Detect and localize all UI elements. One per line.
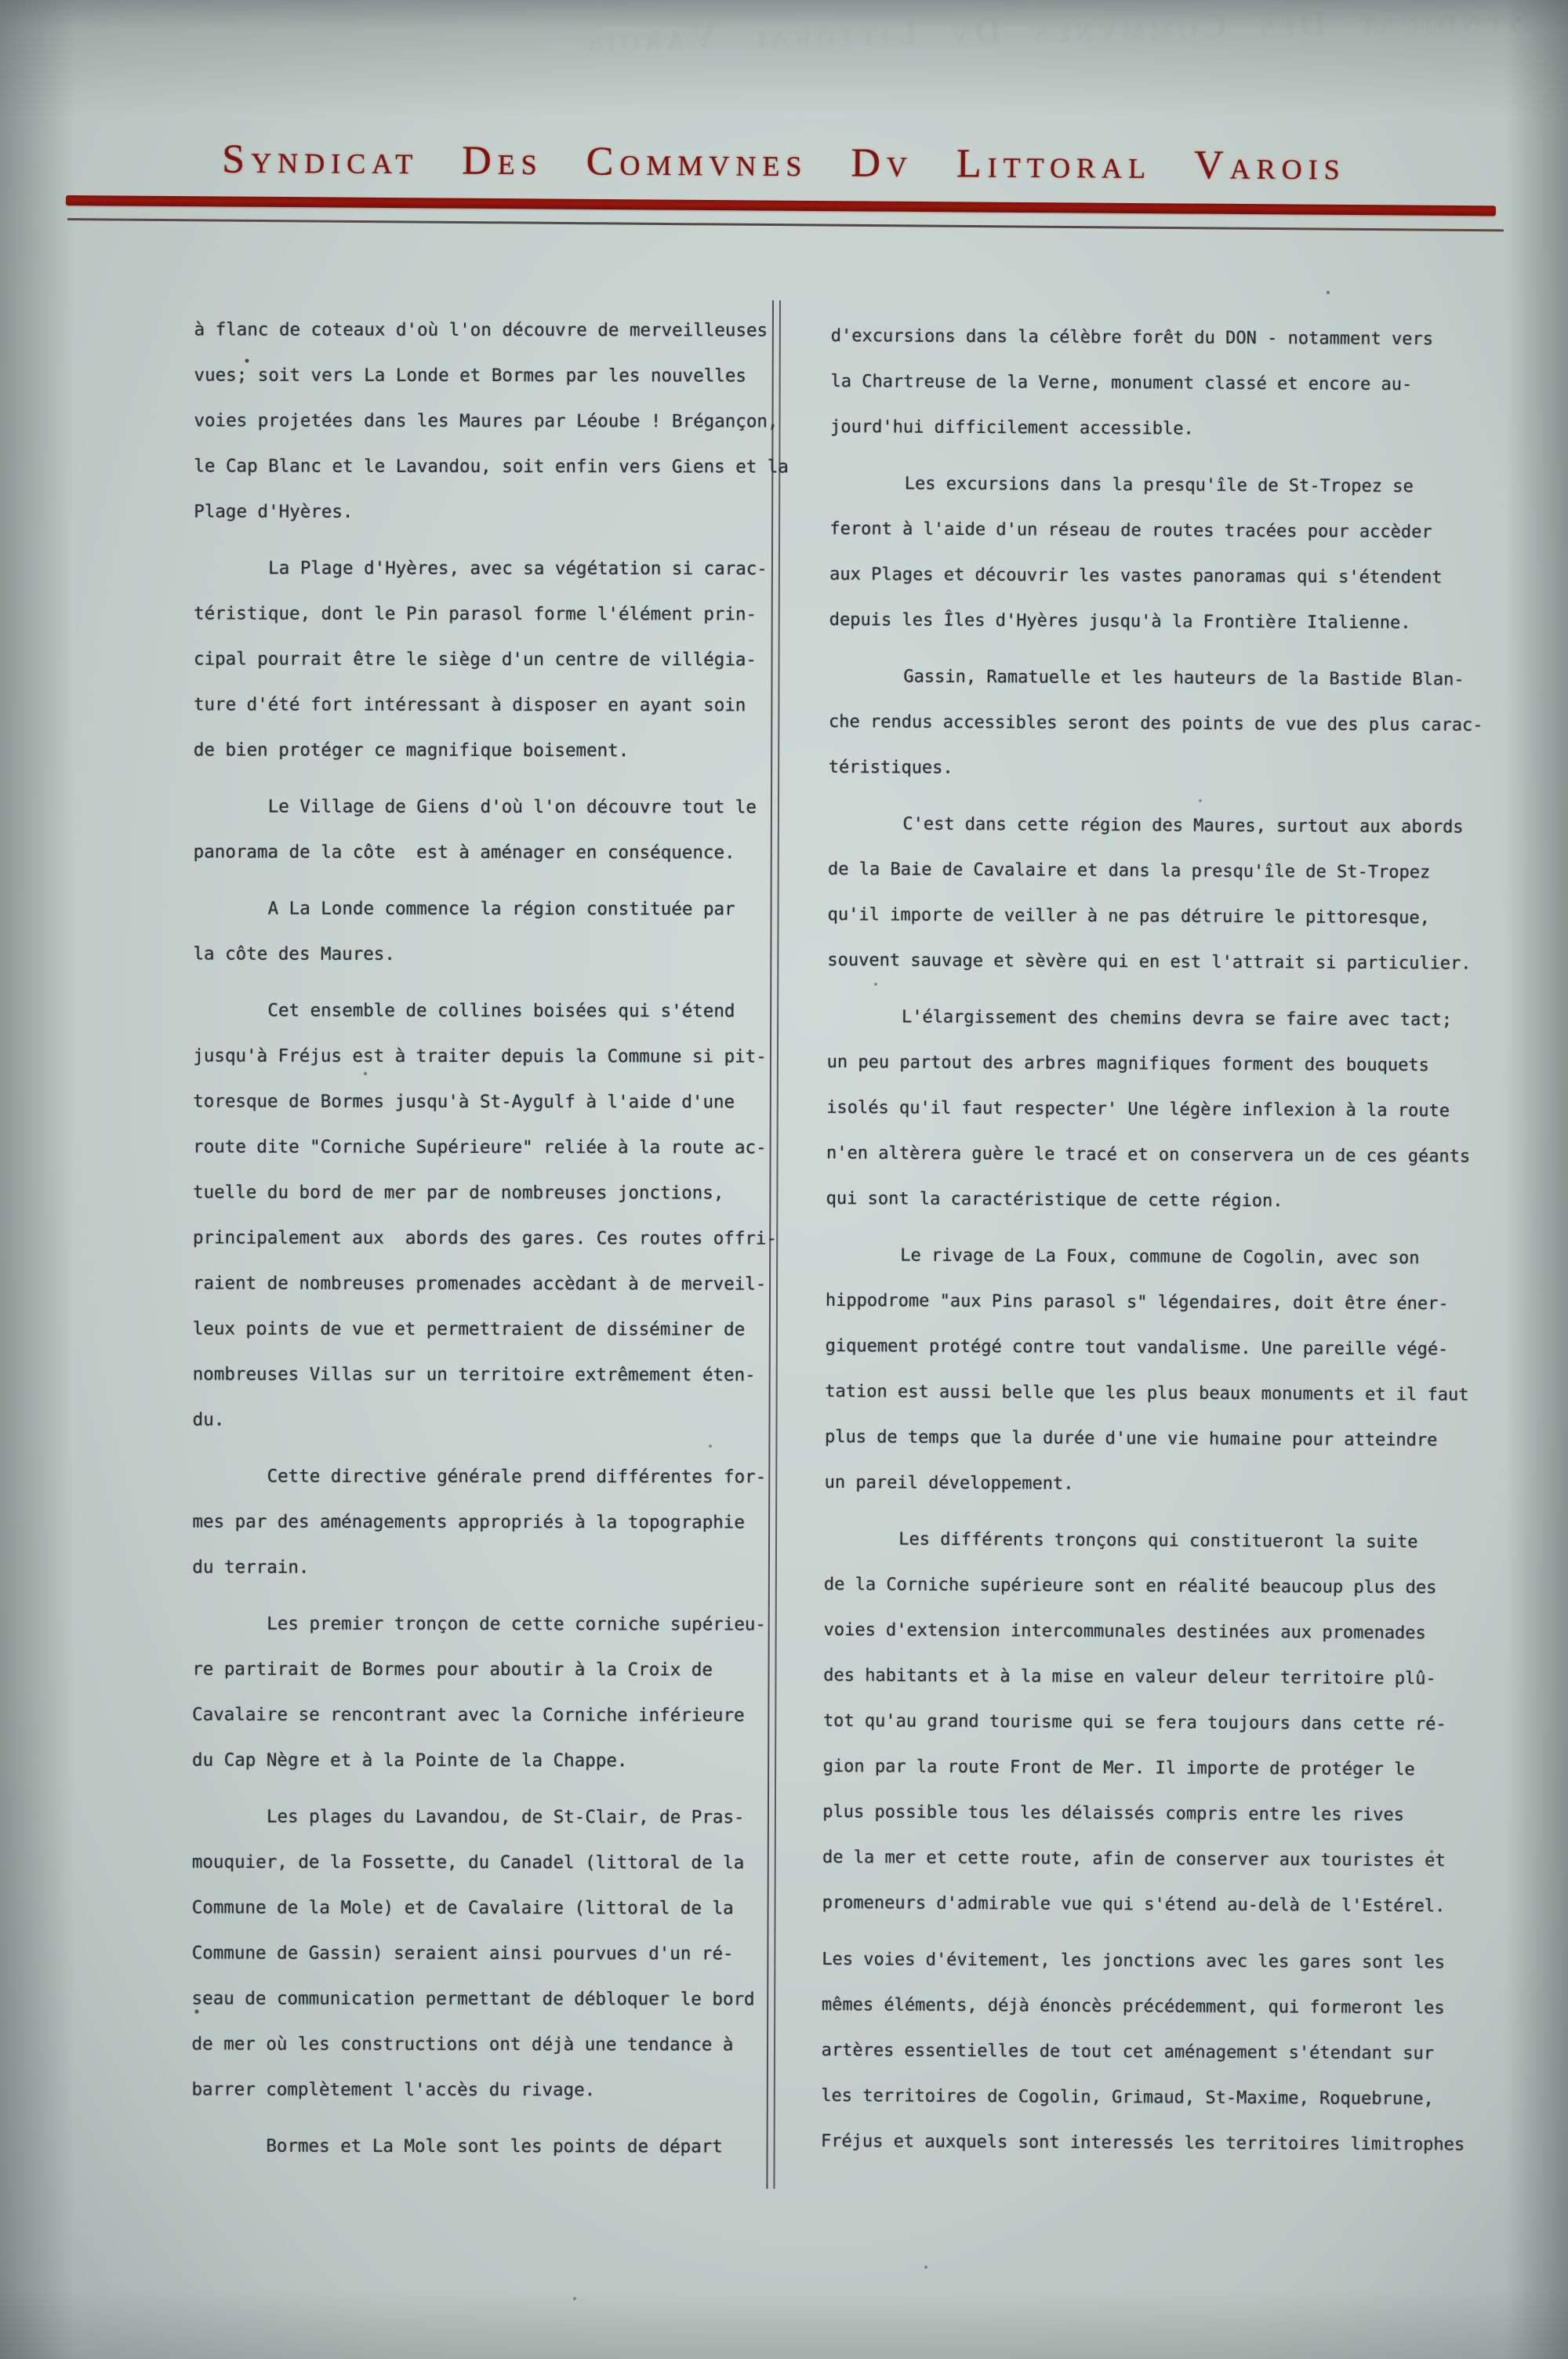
text-line: raient de nombreuses promenades accèdant… <box>193 1260 781 1307</box>
paragraph: d'excursions dans la célèbre forêt du DO… <box>830 314 1501 454</box>
page-title: Syndicat Des Commvnes Dv Littoral Varois <box>0 135 1568 191</box>
text-line: de bien protéger ce magnifique boisement… <box>194 727 782 773</box>
text-line: tation est aussi belle que les plus beau… <box>825 1369 1495 1419</box>
text-line: de la Corniche supérieure sont en réalit… <box>824 1562 1494 1612</box>
text-line: mes par des aménagements appropriés à la… <box>192 1499 780 1545</box>
paragraph: Les excursions dans la presqu'île de St-… <box>829 461 1501 647</box>
paragraph: Les voies d'évitement, les jonctions ave… <box>821 1937 1493 2168</box>
text-line: du. <box>193 1397 781 1443</box>
text-line: Le Village de Giens d'où l'on découvre t… <box>194 783 782 830</box>
paragraph: C'est dans cette région des Maures, surt… <box>827 801 1498 987</box>
paragraph: Le Village de Giens d'où l'on découvre t… <box>194 783 782 875</box>
text-line: de la mer et cette route, afin de conser… <box>822 1835 1493 1885</box>
paragraph: Les plages du Lavandou, de St-Clair, de … <box>191 1794 780 2113</box>
text-line: Fréjus et auxquels sont interessés les t… <box>821 2119 1491 2168</box>
text-line: seau de communication permettant de débl… <box>192 1976 780 2022</box>
text-line: hippodrome "aux Pins parasol s" légendai… <box>826 1278 1496 1328</box>
text-line: aux Plages et découvrir les vastes panor… <box>829 552 1500 602</box>
text-line: depuis les Îles d'Hyères jusqu'à la Fron… <box>829 598 1500 647</box>
text-line: plus possible tous les délaissés compris… <box>822 1790 1493 1839</box>
text-line: Les excursions dans la presqu'île de St-… <box>830 461 1501 511</box>
text-line: L'élargissement des chemins devra se fai… <box>827 994 1497 1044</box>
paragraph: Gassin, Ramatuelle et les hauteurs de la… <box>829 654 1500 794</box>
text-line: Cette directive générale prend différent… <box>193 1453 781 1499</box>
text-line: voies d'extension intercommunales destin… <box>823 1608 1494 1657</box>
text-line: promeneurs d'admirable vue qui s'étend a… <box>822 1881 1493 1930</box>
text-line: du Cap Nègre et à la Pointe de la Chappe… <box>192 1737 780 1783</box>
header-rule-thin <box>67 218 1504 231</box>
text-line: A La Londe commence la région constituée… <box>194 885 782 932</box>
text-line: Le rivage de La Foux, commune de Cogolin… <box>826 1233 1496 1282</box>
text-line: La Plage d'Hyères, avec sa végétation si… <box>194 545 782 591</box>
text-line: plus de temps que la durée d'une vie hum… <box>825 1415 1495 1464</box>
text-line: feront à l'aide d'un réseau de routes tr… <box>829 507 1500 556</box>
text-line: le Cap Blanc et le Lavandou, soit enfin … <box>194 443 782 489</box>
text-line: un peu partout des arbres magnifiques fo… <box>827 1040 1497 1089</box>
paragraph: Les différents tronçons qui constitueron… <box>822 1517 1495 1930</box>
text-line: Bormes et La Mole sont les points de dép… <box>191 2123 779 2169</box>
text-line: tot qu'au grand tourisme qui se fera tou… <box>823 1699 1494 1748</box>
text-line: de la Baie de Cavalaire et dans la presq… <box>828 847 1498 896</box>
paragraph: Cette directive générale prend différent… <box>192 1453 780 1590</box>
text-line: artères essentielles de tout cet aménage… <box>821 2028 1491 2077</box>
text-line: mêmes éléments, déjà énoncès précédemmen… <box>822 1983 1492 2032</box>
text-line: toresque de Bormes jusqu'à St-Aygulf à l… <box>193 1078 781 1125</box>
text-line: de mer où les constructions ont déjà une… <box>192 2021 780 2067</box>
text-line: Les voies d'évitement, les jonctions ave… <box>822 1937 1492 1986</box>
text-line: barrer complètement l'accès du rivage. <box>191 2066 779 2113</box>
text-line: la côte des Maures. <box>193 931 781 977</box>
text-line: ture d'été fort intéressant à disposer e… <box>194 682 782 728</box>
text-line: cipal pourrait être le siège d'un centre… <box>194 636 782 682</box>
text-line: isolés qu'il faut respecter' Une légère … <box>826 1085 1497 1135</box>
text-line: jourd'hui difficilement accessible. <box>830 405 1501 454</box>
paragraph: à flanc de coteaux d'où l'on découvre de… <box>194 307 782 535</box>
paragraph: Les premier tronçon de cette corniche su… <box>192 1601 780 1783</box>
text-line: principalement aux abords des gares. Ces… <box>193 1215 781 1261</box>
text-line: vues; soit vers La Londe et Bormes par l… <box>194 352 782 398</box>
text-line: route dite "Corniche Supérieure" reliée … <box>193 1124 781 1170</box>
text-line: des habitants et à la mise en valeur del… <box>823 1653 1494 1703</box>
right-text-column: d'excursions dans la célèbre forêt du DO… <box>821 314 1501 2168</box>
text-line: souvent sauvage et sèvère qui en est l'a… <box>827 938 1497 987</box>
paragraph: L'élargissement des chemins devra se fai… <box>826 994 1498 1226</box>
text-line: voies projetées dans les Maures par Léou… <box>194 398 782 444</box>
text-line: téristiques. <box>829 745 1499 794</box>
text-line: du terrain. <box>192 1544 780 1590</box>
text-line: C'est dans cette région des Maures, surt… <box>828 801 1498 851</box>
text-line: la Chartreuse de la Verne, monument clas… <box>830 359 1501 409</box>
text-line: un pareil développement. <box>825 1460 1495 1510</box>
text-line: Les différents tronçons qui constitueron… <box>824 1517 1494 1566</box>
text-line: Commune de la Mole) et de Cavalaire (lit… <box>192 1885 780 1931</box>
text-line: mouquier, de la Fossette, du Canadel (li… <box>192 1839 780 1885</box>
paragraph: A La Londe commence la région constituée… <box>193 885 781 977</box>
text-line: d'excursions dans la célèbre forêt du DO… <box>831 314 1501 363</box>
text-line: re partirait de Bormes pour aboutir à la… <box>192 1646 780 1692</box>
text-line: gion par la route Front de Mer. Il impor… <box>822 1744 1493 1794</box>
text-line: Cet ensemble de collines boisées qui s'é… <box>193 987 781 1034</box>
text-line: n'en altèrera guère le tracé et on conse… <box>826 1131 1497 1180</box>
text-line: nombreuses Villas sur un territoire extr… <box>193 1351 781 1398</box>
text-line: les territoires de Cogolin, Grimaud, St-… <box>821 2074 1491 2123</box>
text-line: téristique, dont le Pin parasol forme l'… <box>194 591 782 637</box>
text-line: che rendus accessibles seront des points… <box>829 700 1499 749</box>
header-rule-thick <box>66 195 1496 216</box>
text-line: à flanc de coteaux d'où l'on découvre de… <box>194 307 782 353</box>
paper-specks <box>0 0 2 2</box>
scanned-page: Syndicat Des Commvnes Dv Littoral Varois… <box>0 0 1568 2359</box>
bleed-through-text: Syndicat Des Commvnes Dv Littoral Varois <box>745 0 1530 56</box>
text-line: qui sont la caractéristique de cette rég… <box>826 1176 1497 1226</box>
paragraph: Le rivage de La Foux, commune de Cogolin… <box>825 1233 1497 1510</box>
paragraph: Bormes et La Mole sont les points de dép… <box>191 2123 779 2169</box>
text-line: Les premier tronçon de cette corniche su… <box>192 1601 780 1647</box>
left-text-column: à flanc de coteaux d'où l'on découvre de… <box>191 307 782 2169</box>
paragraph: La Plage d'Hyères, avec sa végétation si… <box>194 545 782 773</box>
text-line: leux points de vue et permettraient de d… <box>193 1306 781 1352</box>
text-line: giquement protégé contre tout vandalisme… <box>825 1324 1495 1373</box>
paragraph: Cet ensemble de collines boisées qui s'é… <box>193 987 782 1443</box>
text-line: Cavalaire se rencontrant avec la Cornich… <box>192 1692 780 1738</box>
text-line: jusqu'à Fréjus est à traiter depuis la C… <box>193 1033 781 1079</box>
text-line: qu'il importe de veiller à ne pas détrui… <box>828 892 1498 942</box>
text-line: Commune de Gassin) seraient ainsi pourvu… <box>192 1930 780 1976</box>
text-line: Plage d'Hyères. <box>194 489 782 535</box>
text-line: Gassin, Ramatuelle et les hauteurs de la… <box>829 654 1499 703</box>
text-line: Les plages du Lavandou, de St-Clair, de … <box>192 1794 780 1840</box>
text-line: tuelle du bord de mer par de nombreuses … <box>193 1169 781 1216</box>
text-line: panorama de la côte est à aménager en co… <box>194 829 782 875</box>
